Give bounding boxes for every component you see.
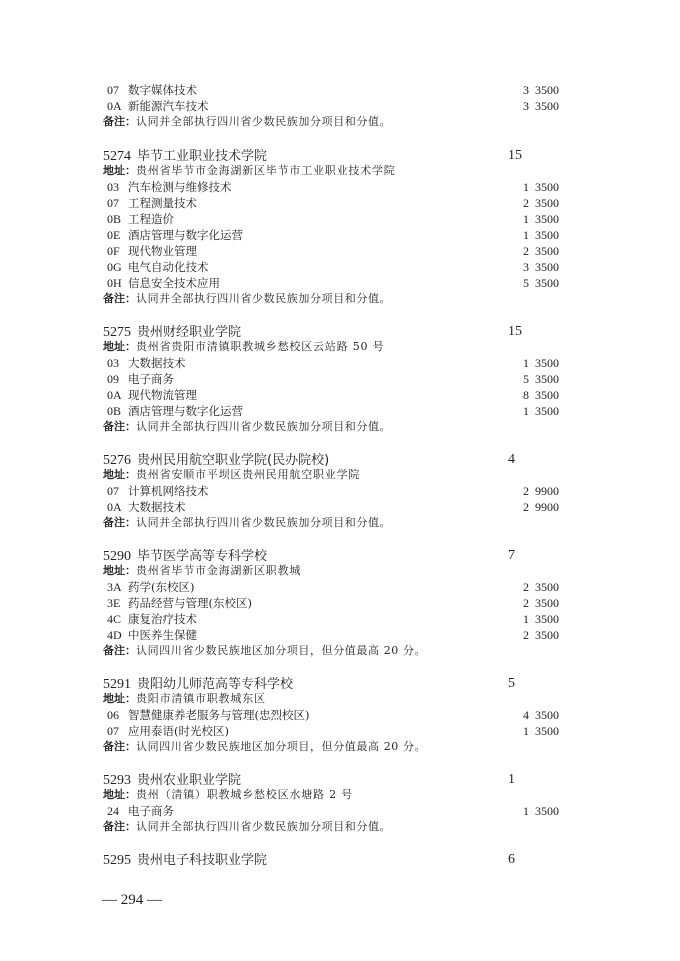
school-name: 贵州民用航空职业学院(民办院校) [137,453,329,468]
major-code: 0E [107,227,125,243]
school-id: 5276 [103,453,131,468]
major-fee: 3500 [535,371,559,387]
major-row: 0H信息安全技术应用53500 [103,275,583,291]
major-code: 03 [107,355,125,371]
major-count: 4 [515,707,529,723]
school-id: 5290 [103,549,131,564]
major-name: 酒店管理与数字化运营 [128,403,243,419]
note-label: 备注： [103,740,136,753]
note-label: 备注： [103,516,136,529]
note-row: 备注：认同并全部执行四川省少数民族加分项目和分值。 [103,819,583,835]
address-text: 贵州省毕节市金海湖新区毕节市工业职业技术学院 [136,164,396,177]
major-count: 1 [515,403,529,419]
major-name: 大数据技术 [128,355,186,371]
major-code: 3A [107,579,125,595]
major-name: 中医养生保健 [128,627,197,643]
major-code: 09 [107,371,125,387]
major-row: 0B酒店管理与数字化运营13500 [103,403,583,419]
major-count: 3 [515,98,529,114]
major-count: 8 [515,387,529,403]
address-label: 地址： [103,340,136,353]
note-row: 备注：认同并全部执行四川省少数民族加分项目和分值。 [103,114,583,130]
address-label: 地址： [103,788,136,801]
major-code: 07 [107,82,125,98]
major-name: 康复治疗技术 [128,611,197,627]
note-label: 备注： [103,292,136,305]
note-row: 备注：认同四川省少数民族地区加分项目，但分值最高 20 分。 [103,739,583,755]
address-row: 地址：贵州（清镇）职教城乡愁校区水塘路 2 号 [103,787,583,803]
note-row: 备注：认同并全部执行四川省少数民族加分项目和分值。 [103,419,583,435]
major-row: 3E药品经营与管理(东校区)23500 [103,595,583,611]
major-name: 应用泰语(时光校区) [128,723,229,739]
address-text: 贵阳市清镇市职教城东区 [136,692,266,705]
address-row: 地址：贵州省安顺市平坝区贵州民用航空职业学院 [103,467,583,483]
major-name: 现代物流管理 [128,387,197,403]
major-name: 新能源汽车技术 [128,98,209,114]
major-fee: 3500 [535,211,559,227]
note-text: 认同四川省少数民族地区加分项目，但分值最高 20 分。 [136,644,426,657]
major-count: 2 [515,195,529,211]
school-name: 贵州农业职业学院 [137,773,241,788]
note-text: 认同并全部执行四川省少数民族加分项目和分值。 [136,292,391,305]
address-text: 贵州省安顺市平坝区贵州民用航空职业学院 [136,468,360,481]
major-fee: 3500 [535,355,559,371]
major-name: 电气自动化技术 [128,259,209,275]
address-row: 地址：贵州省毕节市金海湖新区毕节市工业职业技术学院 [103,163,583,179]
major-name: 智慧健康养老服务与管理(忠烈校区) [128,707,309,723]
major-count: 5 [515,371,529,387]
major-code: 3E [107,595,125,611]
address-row: 地址：贵阳市清镇市职教城东区 [103,691,583,707]
major-name: 现代物业管理 [128,243,197,259]
major-count: 2 [515,595,529,611]
major-count: 1 [515,211,529,227]
major-name: 信息安全技术应用 [128,275,220,291]
major-code: 0A [107,98,125,114]
address-label: 地址： [103,564,136,577]
school-name: 毕节工业职业技术学院 [137,149,267,164]
major-name: 电子商务 [128,371,174,387]
major-fee: 3500 [535,403,559,419]
major-fee: 3500 [535,98,559,114]
major-fee: 3500 [535,595,559,611]
school-id: 5295 [103,853,131,868]
major-fee: 3500 [535,275,559,291]
address-row: 地址：贵州省毕节市金海湖新区职教城 [103,563,583,579]
major-code: 07 [107,483,125,499]
major-count: 1 [515,803,529,819]
major-code: 0A [107,387,125,403]
major-count: 1 [515,355,529,371]
major-row: 0E酒店管理与数字化运营13500 [103,227,583,243]
major-code: 03 [107,179,125,195]
major-row: 0F现代物业管理23500 [103,243,583,259]
major-name: 大数据技术 [128,499,186,515]
school-name: 贵州财经职业学院 [137,325,241,340]
note-label: 备注： [103,820,136,833]
major-code: 0B [107,403,125,419]
major-code: 06 [107,707,125,723]
major-count: 1 [515,179,529,195]
major-fee: 3500 [535,195,559,211]
major-row: 4D中医养生保健23500 [103,627,583,643]
address-label: 地址： [103,692,136,705]
major-row: 0A现代物流管理83500 [103,387,583,403]
school-total: 6 [508,850,515,870]
note-label: 备注： [103,115,136,128]
major-row: 07应用泰语(时光校区)13500 [103,723,583,739]
major-count: 2 [515,579,529,595]
major-code: 07 [107,195,125,211]
major-count: 3 [515,82,529,98]
major-fee: 3500 [535,627,559,643]
major-code: 07 [107,723,125,739]
major-name: 计算机网络技术 [128,483,209,499]
major-fee: 9900 [535,499,559,515]
major-row: 24电子商务13500 [103,803,583,819]
major-fee: 3500 [535,387,559,403]
major-row: 0A大数据技术29900 [103,499,583,515]
school-name: 贵州电子科技职业学院 [137,853,267,868]
major-name: 酒店管理与数字化运营 [128,227,243,243]
note-text: 认同并全部执行四川省少数民族加分项目和分值。 [136,820,391,833]
school-id: 5275 [103,325,131,340]
major-row: 3A药学(东校区)23500 [103,579,583,595]
major-fee: 3500 [535,803,559,819]
major-fee: 3500 [535,82,559,98]
major-row: 0A新能源汽车技术 33500 [103,98,583,114]
major-code: 0G [107,259,125,275]
major-row: 06智慧健康养老服务与管理(忠烈校区)43500 [103,707,583,723]
address-label: 地址： [103,468,136,481]
address-label: 地址： [103,164,136,177]
school-heading: 5295贵州电子科技职业学院6 [103,850,583,870]
major-count: 5 [515,275,529,291]
major-name: 药学(东校区) [128,579,194,595]
note-label: 备注： [103,644,136,657]
major-row: 09电子商务53500 [103,371,583,387]
school-name: 毕节医学高等专科学校 [137,549,267,564]
major-count: 3 [515,259,529,275]
major-row: 03汽车检测与维修技术13500 [103,179,583,195]
school-name: 贵阳幼儿师范高等专科学校 [137,677,293,692]
major-name: 电子商务 [128,803,174,819]
school-id: 5274 [103,149,131,164]
major-code: 24 [107,803,125,819]
major-fee: 9900 [535,483,559,499]
note-text: 认同并全部执行四川省少数民族加分项目和分值。 [136,420,391,433]
major-row: 07数字媒体技术 33500 [103,82,583,98]
major-count: 2 [515,499,529,515]
major-name: 工程造价 [128,211,174,227]
major-row: 07计算机网络技术29900 [103,483,583,499]
major-fee: 3500 [535,179,559,195]
note-row: 备注：认同四川省少数民族地区加分项目，但分值最高 20 分。 [103,643,583,659]
major-row: 4C康复治疗技术13500 [103,611,583,627]
school-id: 5291 [103,677,131,692]
major-name: 汽车检测与维修技术 [128,179,232,195]
major-row: 0B工程造价13500 [103,211,583,227]
address-text: 贵州省贵阳市清镇职教城乡愁校区云站路 50 号 [136,340,384,353]
major-fee: 3500 [535,243,559,259]
document-page: 07数字媒体技术 33500 0A新能源汽车技术 33500 备注：认同并全部执… [0,0,680,961]
address-text: 贵州省毕节市金海湖新区职教城 [136,564,301,577]
address-text: 贵州（清镇）职教城乡愁校区水塘路 2 号 [136,788,353,801]
major-count: 1 [515,723,529,739]
major-fee: 3500 [535,611,559,627]
note-label: 备注： [103,420,136,433]
page-number: — 294 — [102,892,162,909]
major-fee: 3500 [535,259,559,275]
note-text: 认同四川省少数民族地区加分项目，但分值最高 20 分。 [136,740,426,753]
major-count: 2 [515,483,529,499]
major-count: 1 [515,611,529,627]
major-name: 数字媒体技术 [128,82,197,98]
major-row: 07工程测量技术23500 [103,195,583,211]
major-fee: 3500 [535,707,559,723]
major-code: 0B [107,211,125,227]
major-row: 03大数据技术13500 [103,355,583,371]
major-row: 0G电气自动化技术33500 [103,259,583,275]
major-name: 药品经营与管理(东校区) [128,595,252,611]
major-fee: 3500 [535,723,559,739]
major-fee: 3500 [535,227,559,243]
major-code: 0H [107,275,125,291]
note-text: 认同并全部执行四川省少数民族加分项目和分值。 [136,516,391,529]
note-text: 认同并全部执行四川省少数民族加分项目和分值。 [136,115,391,128]
note-row: 备注：认同并全部执行四川省少数民族加分项目和分值。 [103,291,583,307]
note-row: 备注：认同并全部执行四川省少数民族加分项目和分值。 [103,515,583,531]
major-code: 0A [107,499,125,515]
major-count: 2 [515,243,529,259]
school-id: 5293 [103,773,131,788]
major-code: 4C [107,611,125,627]
major-code: 4D [107,627,125,643]
major-count: 2 [515,627,529,643]
major-name: 工程测量技术 [128,195,197,211]
major-fee: 3500 [535,579,559,595]
major-count: 1 [515,227,529,243]
address-row: 地址：贵州省贵阳市清镇职教城乡愁校区云站路 50 号 [103,339,583,355]
major-code: 0F [107,243,125,259]
